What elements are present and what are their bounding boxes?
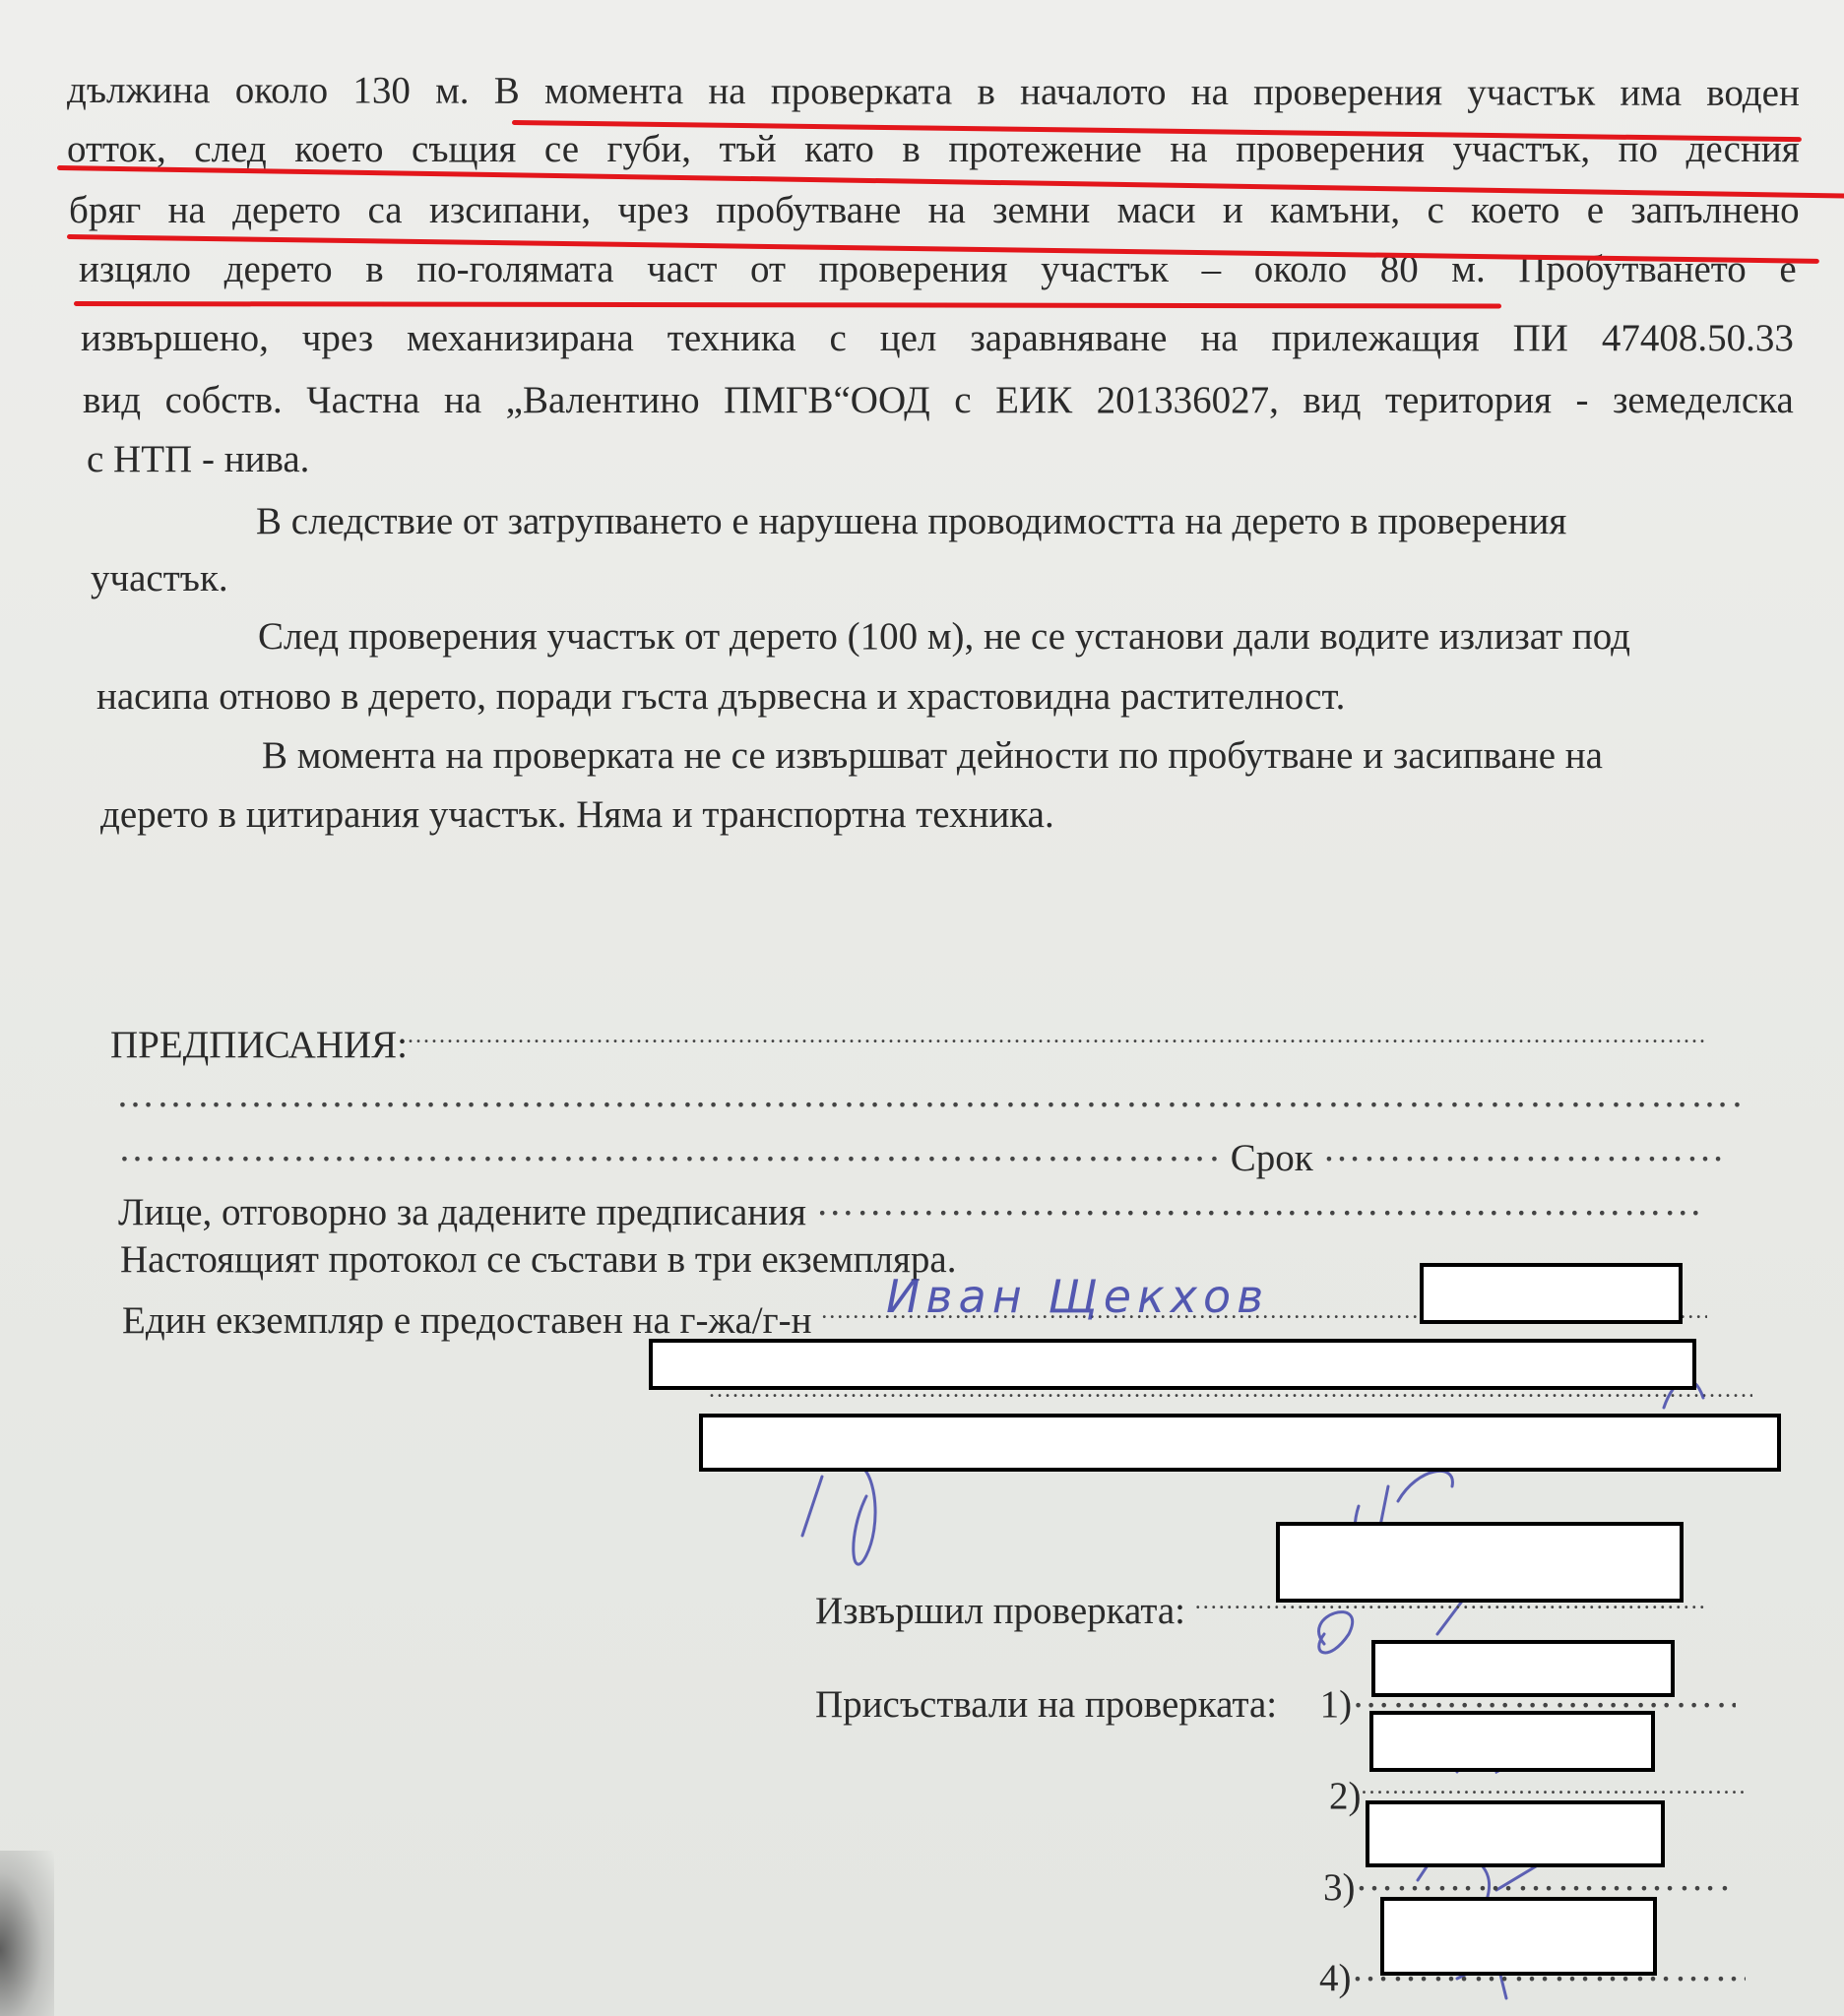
inspector-label: Извършил проверката: [815,1590,1185,1632]
redaction-box-name [1420,1263,1683,1324]
present-label: Присъствали на проверката: [815,1683,1277,1726]
document-page: дължина около 130 м. В момента на провер… [0,0,1844,2016]
redaction-box-inspector [1276,1522,1684,1603]
redaction-box-line-2 [699,1414,1781,1472]
redaction-box-present-3 [1366,1800,1665,1867]
finger-shadow [0,1851,54,2016]
redaction-box-present-1 [1371,1640,1675,1697]
redaction-box-present-4 [1380,1897,1657,1976]
present-number-4: 4) [1319,1957,1352,1999]
present-number-2: 2) [1329,1775,1362,1817]
present-number-3: 3) [1323,1866,1356,1909]
present-number-1: 1) [1320,1683,1353,1726]
redaction-box-line-1 [649,1339,1696,1390]
redaction-box-present-2 [1369,1711,1655,1772]
